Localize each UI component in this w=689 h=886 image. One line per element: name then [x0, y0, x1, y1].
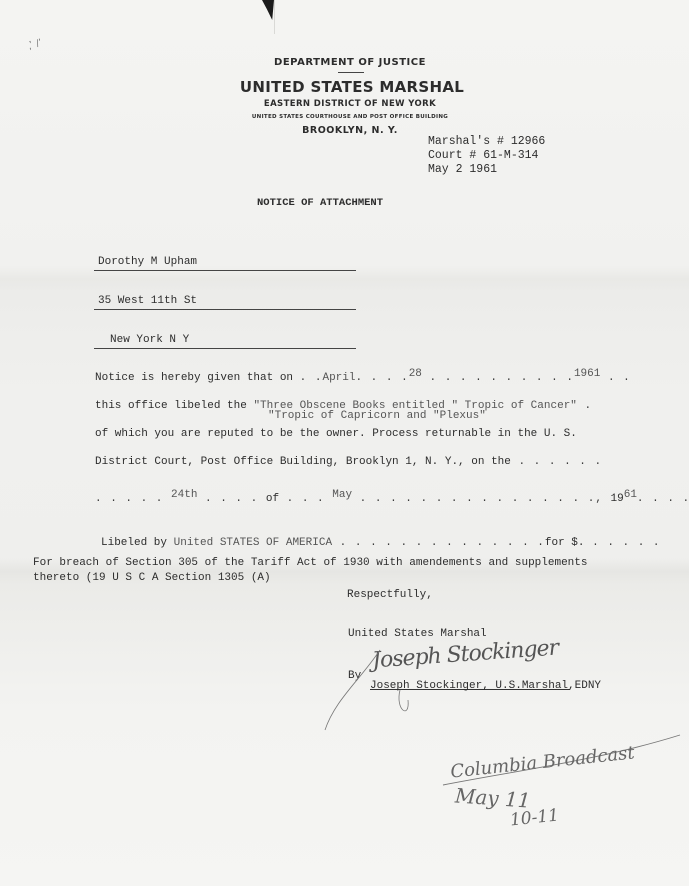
for-amount-label: for $. [545, 537, 585, 549]
addressee-street: 35 West 11th St [98, 295, 197, 307]
letterhead-building: UNITED STATES COURTHOUSE AND POST OFFICE… [230, 114, 470, 120]
addressee-name-line [94, 270, 356, 271]
addressee-street-line [94, 309, 356, 310]
libeled-by-value: United STATES OF AMERICA [174, 537, 332, 549]
return-year-prefix: 19 [611, 493, 624, 505]
return-date-line: . . . . . 24th . . . . of . . . May . . … [95, 493, 689, 505]
libeled-prefix: this office libeled the [95, 400, 247, 412]
notice-line-4: District Court, Post Office Building, Br… [95, 456, 602, 468]
return-year-suffix: 61 [624, 489, 637, 501]
breach-line-1: For breach of Section 305 of the Tariff … [33, 557, 588, 569]
closing-office: United States Marshal [348, 628, 487, 640]
notice-line-1: Notice is hereby given that on . .April.… [95, 372, 631, 384]
marshal-number: Marshal's # 12966 [428, 135, 545, 148]
letterhead-title: UNITED STATES MARSHAL [222, 78, 482, 96]
closing-respectfully: Respectfully, [347, 589, 433, 601]
by-label: By [348, 670, 361, 682]
addressee-city: New York N Y [110, 334, 189, 346]
libeled-by-label: Libeled by [101, 537, 167, 549]
notice-prefix: Notice is hereby given that on [95, 372, 293, 384]
letterhead-rule [338, 72, 364, 73]
letterhead-department: DEPARTMENT OF JUSTICE [230, 57, 470, 68]
libeled-by-line: Libeled by United STATES OF AMERICA . . … [101, 537, 661, 549]
addressee-city-line [94, 348, 356, 349]
attachment-month: April [322, 372, 355, 384]
return-month: May [332, 489, 352, 501]
typed-name: Joseph Stockinger, U.S.Marshal,EDNY [370, 680, 601, 692]
attachment-day: 28 [409, 368, 422, 380]
return-day: 24th [171, 489, 197, 501]
breach-line-2: thereto (19 U S C A Section 1305 (A) [33, 572, 271, 584]
addressee-name: Dorothy M Upham [98, 256, 197, 268]
notice-date: May 2 1961 [428, 163, 497, 176]
of-label: of [266, 493, 279, 505]
notice-line-3: of which you are reputed to be the owner… [95, 428, 577, 440]
attachment-year: 1961 [574, 368, 600, 380]
notice-heading: NOTICE OF ATTACHMENT [257, 197, 383, 209]
return-location: District Court, Post Office Building, Br… [95, 456, 511, 468]
libeled-items-continued: "Tropic of Capricorn and "Plexus" [268, 410, 486, 422]
torn-edge [264, 0, 275, 34]
letterhead-district: EASTERN DISTRICT OF NEW YORK [230, 99, 470, 109]
court-number: Court # 61-M-314 [428, 149, 538, 162]
